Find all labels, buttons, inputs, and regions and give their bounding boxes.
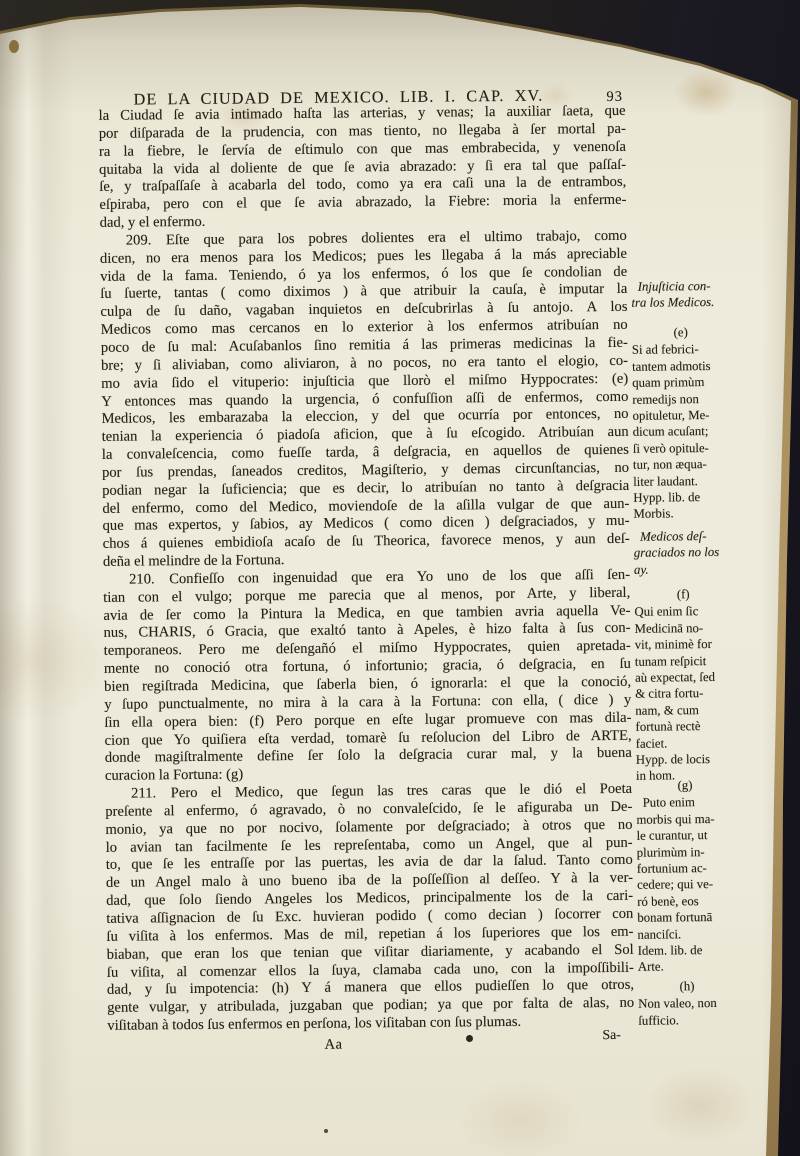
margin-note-line: quam primùm — [632, 374, 730, 391]
note-body-g: Puto enimmorbis qui ma-le curantur, utpl… — [636, 794, 736, 975]
note-label-h: (h) — [638, 978, 736, 995]
margin-note-line: remedijs non — [632, 390, 730, 407]
margin-note-line: opituletur, Me- — [632, 407, 730, 424]
catchword: Sa- — [602, 1027, 621, 1043]
margin-note-line: le curantur, ut — [636, 827, 734, 844]
margin-note-line: Medicinā no- — [634, 620, 732, 637]
margin-note-line: & citra fortu- — [635, 685, 733, 702]
margin-note-line: ró benè, eos — [637, 893, 735, 910]
margin-note-line: Non valeo, non — [638, 995, 736, 1012]
margin-note-line: tra los Medicos. — [631, 294, 729, 311]
margin-heading-medicos: Medicos deſ-graciados no losay. — [634, 528, 732, 578]
margin-note-h: (h) Non valeo, nonſufficio. — [638, 978, 736, 1029]
margin-notes-column: Injuſticia con-tra los Medicos. (e) Si a… — [629, 0, 738, 1154]
margin-note-line: Hypp. de locis — [636, 751, 734, 768]
body-text-column: la Ciudad ſe avia intimado haſta las art… — [99, 103, 635, 1036]
margin-note-line: faciet. — [636, 734, 734, 751]
margin-note-line: ſi verò opitule- — [633, 440, 731, 457]
margin-note-line: aù expectat, ſed — [635, 669, 733, 686]
margin-note-g: (g) Puto enimmorbis qui ma-le curantur, … — [636, 777, 736, 976]
margin-note-line: graciados no los — [634, 544, 732, 561]
margin-note-line: ay. — [634, 561, 732, 578]
margin-note-line: fortunium ac- — [637, 860, 735, 877]
note-label-f: (f) — [634, 586, 732, 603]
note-label-e: (e) — [632, 324, 730, 341]
margin-note-line: Arte. — [638, 958, 736, 975]
margin-note-line: ſufficio. — [638, 1012, 736, 1029]
note-label-g: (g) — [636, 777, 734, 794]
margin-note-line: Hypp. lib. de — [633, 489, 731, 506]
margin-note-line: Si ad febrici- — [632, 341, 730, 358]
margin-note-line: tantem admotis — [632, 358, 730, 375]
margin-note-line: morbis qui ma- — [636, 811, 734, 828]
margin-note-line: Puto enim — [636, 794, 734, 811]
margin-note-e: (e) Si ad febrici-tantem admotisquam pri… — [632, 324, 732, 523]
margin-note-line: Medicos deſ- — [634, 528, 732, 545]
paper-stain — [9, 40, 19, 53]
note-body-h: Non valeo, nonſufficio. — [638, 995, 736, 1029]
margin-note-line: Idem. lib. de — [638, 942, 736, 959]
margin-note-line: liter laudant. — [633, 472, 731, 489]
margin-note-line: tunam reſpicit — [635, 652, 733, 669]
margin-note-line: Qui enim ſic — [634, 603, 732, 620]
margin-note-line: dicum acuſant; — [633, 423, 731, 440]
margin-note-line: plurimùm in- — [637, 843, 735, 860]
paragraph: 211. Pero el Medico, que ſegun las tres … — [105, 781, 634, 1036]
margin-note-line: cedere; qui ve- — [637, 876, 735, 893]
margin-note-line: tur, non æqua- — [633, 456, 731, 473]
paragraph: 210. Confieſſo con ingenuidad que era Yo… — [103, 567, 632, 786]
margin-note-line: nam, & cum — [635, 702, 733, 719]
margin-heading-injusticia: Injuſticia con-tra los Medicos. — [631, 278, 729, 312]
ink-speck — [466, 1035, 473, 1042]
margin-note-line: vit, minimè for — [635, 636, 733, 653]
page-content: DE LA CIUDAD DE MEXICO. LIB. I. CAP. XV.… — [0, 0, 800, 1156]
text-line: viſitaban à todos ſus enfermos en perſon… — [107, 1013, 634, 1036]
margin-note-line: bonam fortunā — [637, 909, 735, 926]
ink-speck — [324, 1129, 328, 1133]
margin-note-f: (f) Qui enim ſicMedicinā no-vit, minimè … — [634, 586, 734, 785]
margin-note-line: Morbis. — [633, 505, 731, 522]
paragraph: 209. Eſte que para los pobres dolientes … — [100, 228, 630, 572]
margin-note-line: fortunà rectè — [635, 718, 733, 735]
note-body-f: Qui enim ſicMedicinā no-vit, minimè fort… — [634, 603, 734, 784]
note-body-e: Si ad febrici-tantem admotisquam primùmr… — [632, 341, 732, 522]
paragraph: la Ciudad ſe avia intimado haſta las art… — [99, 103, 627, 233]
margin-note-line: nanciſci. — [637, 925, 735, 942]
book-photo-scene: DE LA CIUDAD DE MEXICO. LIB. I. CAP. XV.… — [0, 0, 800, 1156]
signature-mark: Aa — [324, 1037, 342, 1054]
margin-note-line: Injuſticia con- — [631, 278, 729, 295]
